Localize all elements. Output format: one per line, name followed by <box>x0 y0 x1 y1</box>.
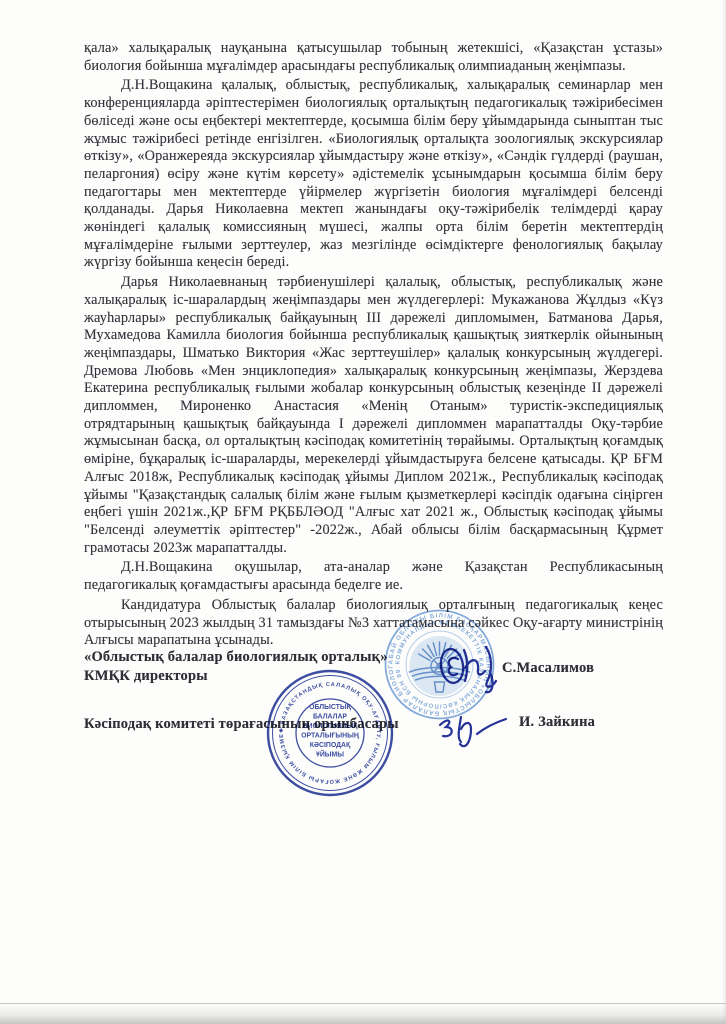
svg-text:БАЛАЛАР: БАЛАЛАР <box>313 714 347 721</box>
body-paragraph: Дарья Николаевнаның тәрбиенушілері қалал… <box>84 274 663 557</box>
document-body: қала» халықаралық науқанына қатысушылар … <box>84 40 663 650</box>
svg-text:БИОЛОГИЯЛЫҚ: БИОЛОГИЯЛЫҚ <box>303 723 359 730</box>
body-paragraph: қала» халықаралық науқанына қатысушылар … <box>84 40 663 75</box>
body-paragraph: Д.Н.Вощакина қалалық, облыстық, республи… <box>84 77 663 272</box>
union-deputy-signature <box>440 717 506 746</box>
union-round-stamp: ❖ ҚАЗАҚСТАНДЫҚ САЛАЛЫҚ ОҚУ-АҒАРТУ, ҒЫЛЫМ… <box>264 667 396 799</box>
organization-name-line: «Облыстық балалар биологиялық орталық» <box>84 649 388 666</box>
svg-text:ОБЛЫСТЫҚ: ОБЛЫСТЫҚ <box>309 704 351 711</box>
director-title: КМҚК директоры <box>84 668 208 685</box>
stamp-center-text: ОБЛЫСТЫҚ БАЛАЛАР БИОЛОГИЯЛЫҚ ОРТАЛЫҒЫНЫҢ… <box>301 704 359 759</box>
svg-text:КӘСІПОДАҚ: КӘСІПОДАҚ <box>310 742 351 749</box>
svg-text:ОРТАЛЫҒЫНЫҢ: ОРТАЛЫҒЫНЫҢ <box>301 733 359 740</box>
scanned-document-page: қала» халықаралық науқанына қатысушылар … <box>0 0 726 1024</box>
body-paragraph: Д.Н.Вощакина оқушылар, ата-аналар және Қ… <box>84 559 663 594</box>
director-signature <box>439 647 496 692</box>
signatures-overlay <box>420 630 570 760</box>
svg-text:ҰЙЫМЫ: ҰЙЫМЫ <box>316 750 344 759</box>
scan-right-edge-shadow <box>722 0 726 1024</box>
scan-bottom-edge-shadow <box>0 1003 726 1024</box>
body-paragraph: Кандидатура Облыстық балалар биологиялық… <box>84 597 663 650</box>
